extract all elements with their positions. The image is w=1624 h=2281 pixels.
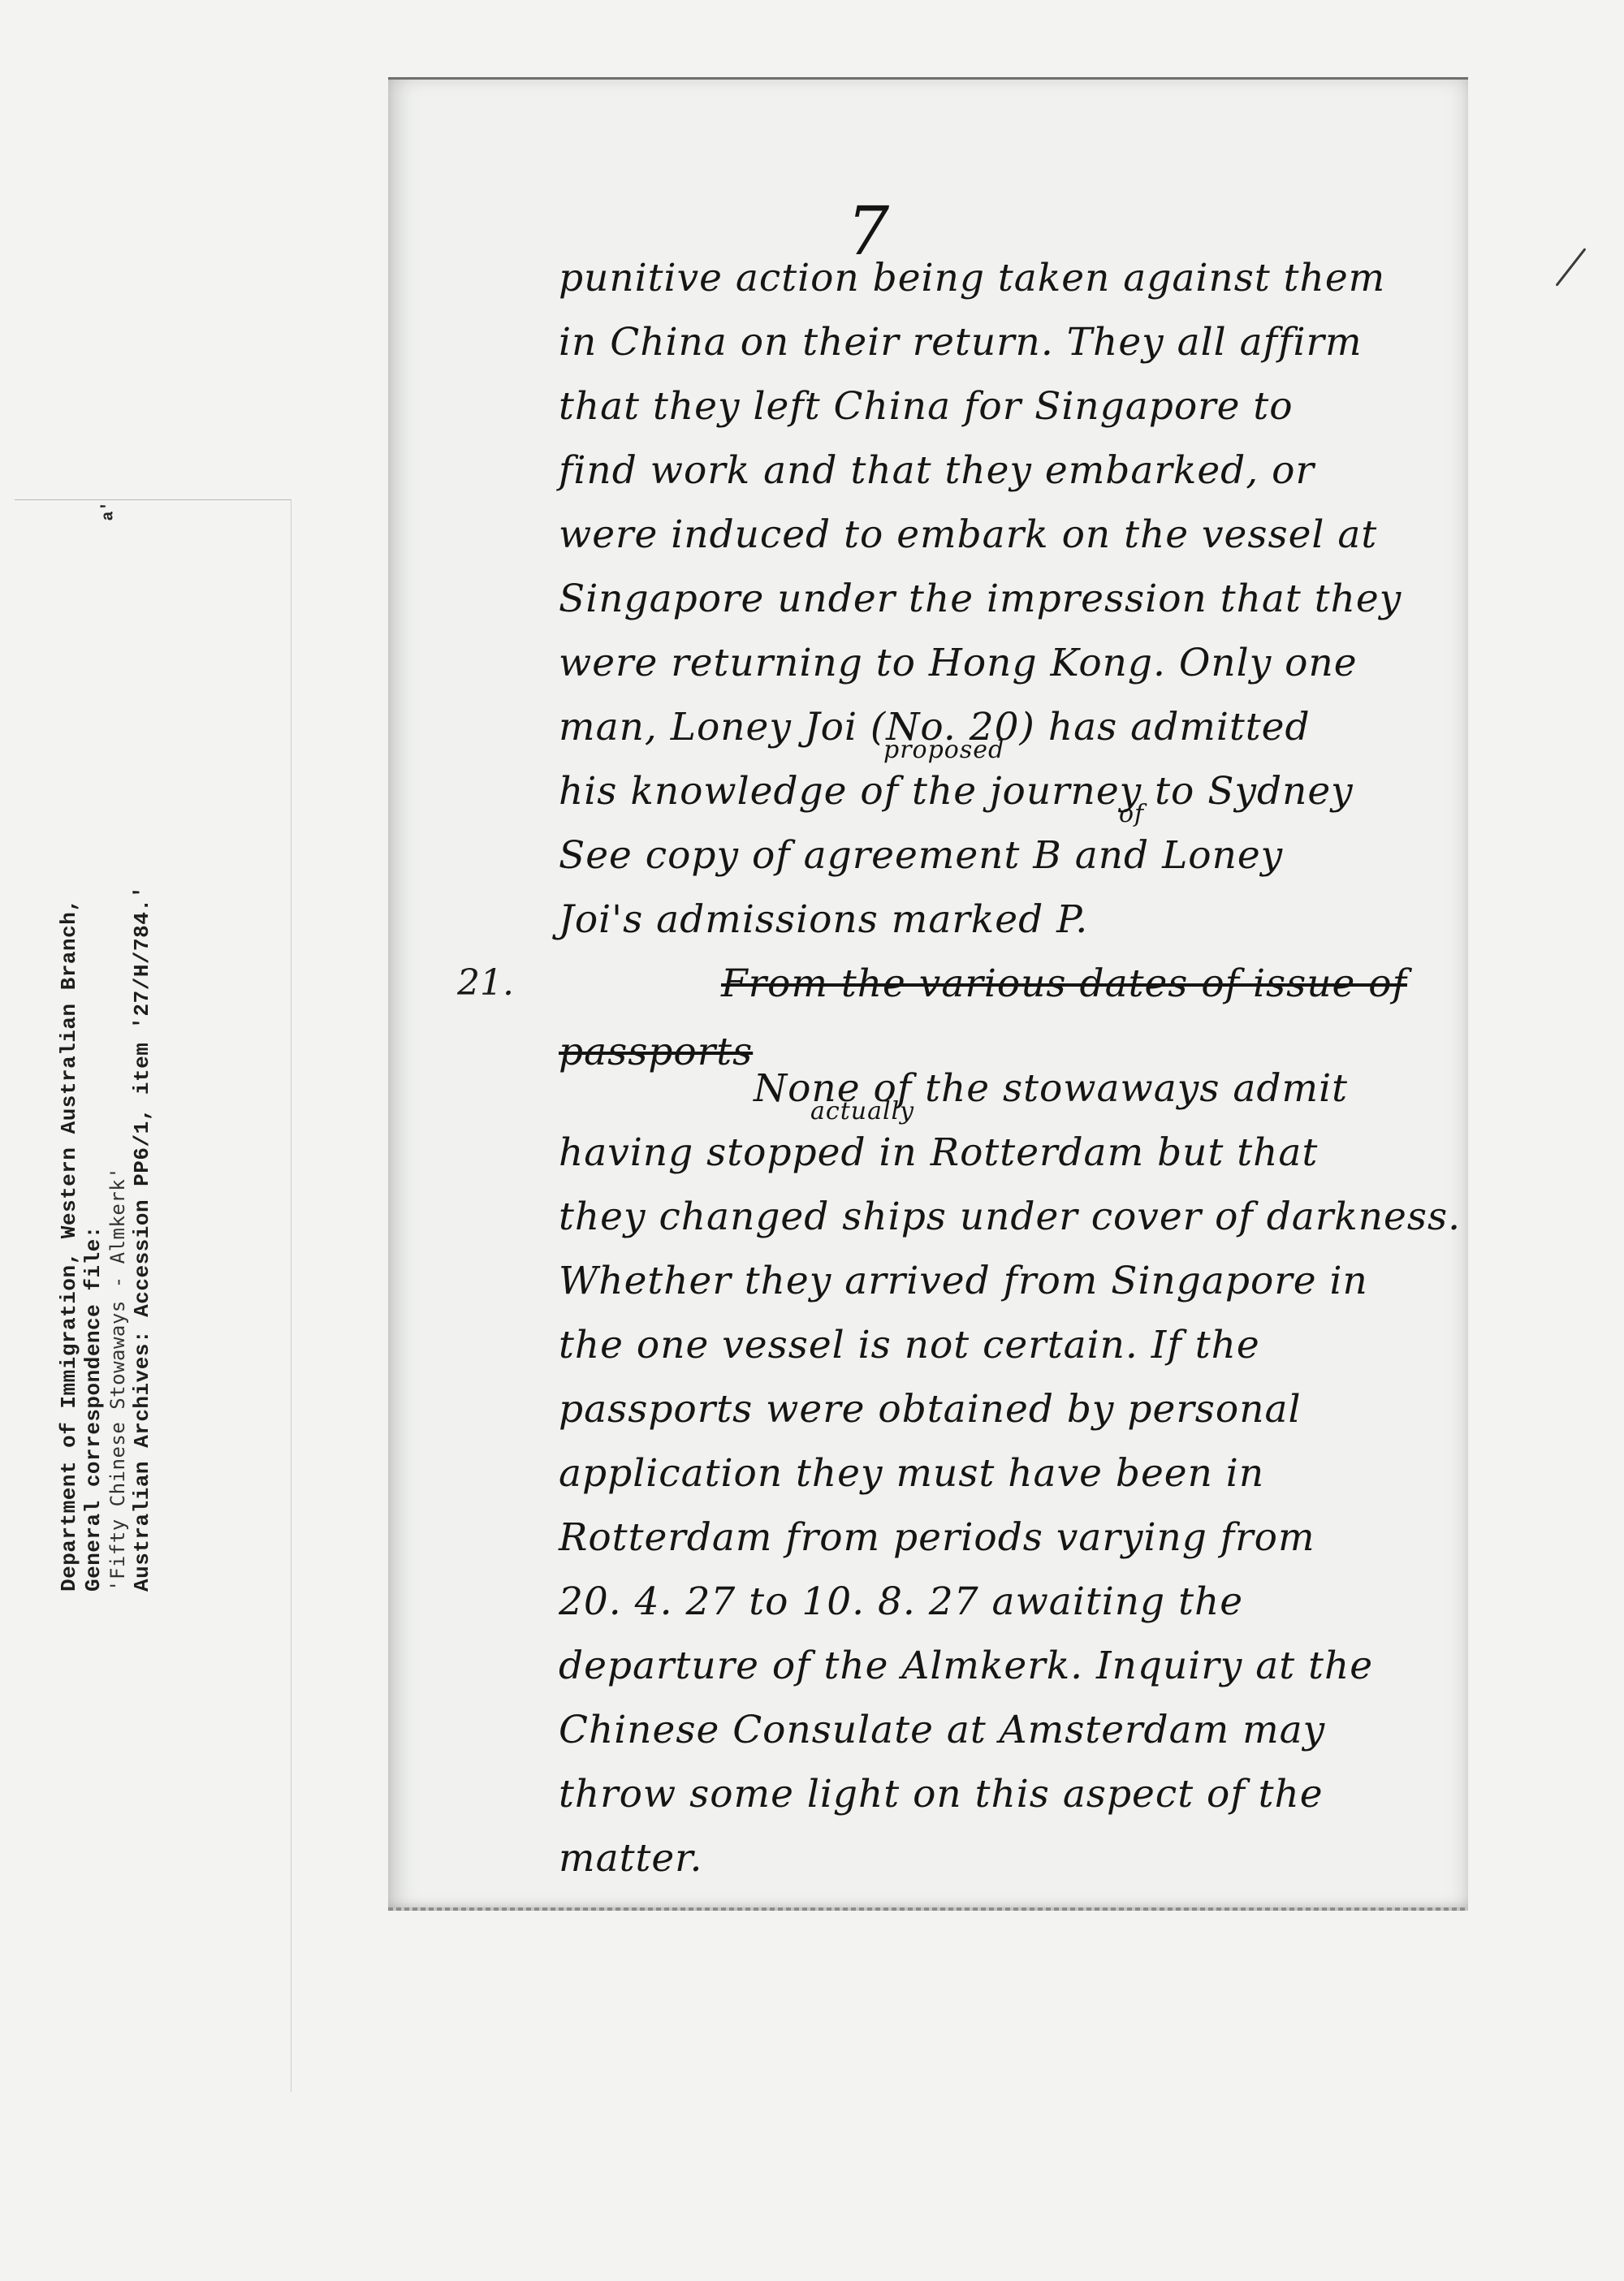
insertion-actually: actually xyxy=(810,1099,914,1124)
text-line: were induced to embark on the vessel at xyxy=(559,503,1468,567)
text-line: his knowledge of the journey to Sydney xyxy=(559,769,1354,814)
text-line: throw some light on this aspect of the xyxy=(559,1762,1468,1826)
text-line: departure of the Almkerk. Inquiry at the xyxy=(559,1634,1468,1698)
paragraph-number: 21. xyxy=(457,962,514,1004)
corner-mark: a' xyxy=(100,501,119,521)
text-line: None of the stowaways admit xyxy=(559,1056,1468,1121)
caption-file-title: 'Fifty Chinese Stowaways - Almkerk' xyxy=(106,780,130,1592)
text-line: See copy of agreement B and Loney xyxy=(559,833,1283,878)
edge-pen-mark xyxy=(1555,248,1586,287)
archival-caption: Department of Immigration, Western Austr… xyxy=(57,780,154,1592)
handwritten-text: punitive action being taken against them… xyxy=(559,246,1468,1890)
text-line: Singapore under the impression that they xyxy=(559,567,1468,631)
text-line: application they must have been in xyxy=(559,1441,1468,1506)
handwritten-page: 7 21. punitive action being taken agains… xyxy=(388,77,1468,1911)
text-line: Whether they arrived from Singapore in xyxy=(559,1249,1468,1313)
text-line: passports were obtained by personal xyxy=(559,1377,1468,1441)
struck-text-line: From the various dates of issue of xyxy=(559,952,1468,1016)
text-line: find work and that they embarked, or xyxy=(559,438,1468,503)
text-line: man, Loney Joi (No. 20) has admitted xyxy=(559,695,1468,759)
text-line: having stopped in Rotterdam but that xyxy=(559,1130,1318,1175)
text-line: Rotterdam from periods varying from xyxy=(559,1506,1468,1570)
text-line-with-insert: of See copy of agreement B and Loney xyxy=(559,823,1468,888)
caption-file-type: General correspondence file: xyxy=(81,780,106,1592)
text-line: in China on their return. They all affir… xyxy=(559,310,1468,374)
text-line: punitive action being taken against them xyxy=(559,246,1468,310)
text-line: 20. 4. 27 to 10. 8. 27 awaiting the xyxy=(559,1570,1468,1634)
text-line: they changed ships under cover of darkne… xyxy=(559,1185,1468,1249)
text-line: the one vessel is not certain. If the xyxy=(559,1313,1468,1377)
caption-department: Department of Immigration, Western Austr… xyxy=(57,780,81,1592)
text-line-with-insert: actually having stopped in Rotterdam but… xyxy=(559,1121,1468,1185)
insertion-proposed: proposed xyxy=(883,738,1004,762)
text-line: were returning to Hong Kong. Only one xyxy=(559,631,1468,695)
text-line: that they left China for Singapore to xyxy=(559,374,1468,438)
insertion-of: of xyxy=(1119,802,1144,827)
caption-accession: Australian Archives: Accession PP6/1, it… xyxy=(130,780,154,1592)
text-line: matter. xyxy=(559,1826,1468,1890)
text-line: Joi's admissions marked P. xyxy=(559,888,1468,952)
text-line: Chinese Consulate at Amsterdam may xyxy=(559,1698,1468,1762)
struck-text-line: passports xyxy=(559,1016,1468,1056)
text-line-with-insert: proposed his knowledge of the journey to… xyxy=(559,759,1468,823)
